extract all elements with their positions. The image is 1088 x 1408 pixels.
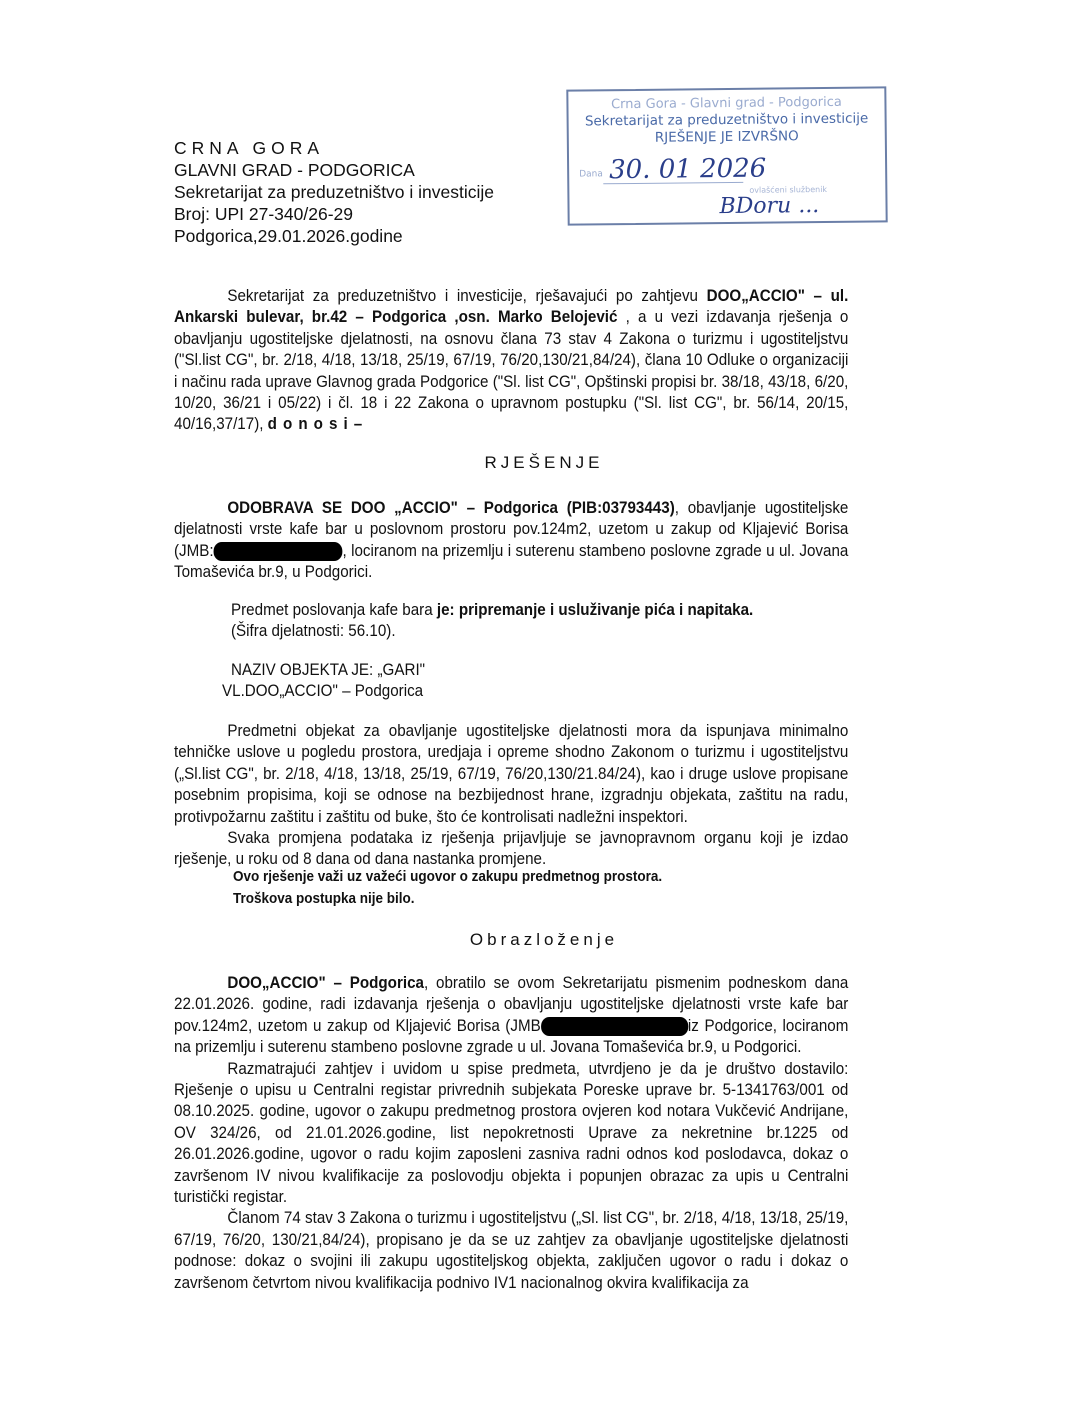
costs-block: Troškova postupka nije bilo. [233,888,863,909]
changes-text: Svaka promjena podataka iz rješenja prij… [174,828,848,871]
stamp-dana-label: Dana [579,169,603,179]
business-subject: Predmet poslovanja kafe bara je: priprem… [231,600,875,643]
approval: ODOBRAVA SE DOO „ACCIO" – Podgorica (PIB… [227,499,674,517]
reasoning-evidence: Razmatrajući zahtjev i uvidom u spise pr… [174,1059,848,1209]
redacted-jmb [214,542,343,561]
validity-block: Ovo rješenje važi uz važeći ugovor o zak… [233,866,863,887]
reasoning-legal: Članom 74 stav 3 Zakona o turizmu i ugos… [174,1208,848,1294]
owner-block: VL.DOO„ACCIO" – Podgorica [222,681,866,702]
applicant-ref: DOO„ACCIO" – Podgorica [227,974,424,992]
activity-code: (Šifra djelatnosti: 56.10). [231,621,875,642]
place-date: Podgorica,29.01.2026.godine [174,225,494,247]
signature: BDoru ... [719,193,819,219]
validity-text: Ovo rješenje važi uz važeći ugovor o zak… [233,866,863,887]
document-page: CRNA GORA GLAVNI GRAD - PODGORICA Sekret… [0,0,1088,1408]
intro-text: Sekretarijat za preduzetništvo i investi… [227,287,706,305]
redacted-jmb-2 [541,1017,688,1036]
country-name: CRNA GORA [174,137,494,159]
reasoning-title: Obrazloženje [0,930,1088,950]
stamp-line-3: RJEŠENJE JE IZVRŠNO [569,127,885,146]
reasoning-paragraphs: DOO„ACCIO" – Podgorica, obratilo se ovom… [174,973,848,1294]
costs-text: Troškova postupka nije bilo. [233,888,863,909]
conditions-text: Predmetni objekat za obavljanje ugostite… [174,721,848,828]
object-owner: VL.DOO„ACCIO" – Podgorica [222,681,866,702]
conditions-paragraph: Predmetni objekat za obavljanje ugostite… [174,721,848,871]
executive-stamp: Crna Gora - Glavni grad - Podgorica Sekr… [566,86,887,225]
stamp-handwritten-date: 30. 01 2026 [609,154,766,186]
letterhead: CRNA GORA GLAVNI GRAD - PODGORICA Sekret… [174,137,494,247]
donosi: d o n o s i – [268,415,363,433]
decision-paragraph: ODOBRAVA SE DOO „ACCIO" – Podgorica (PIB… [174,498,848,584]
stamp-line-2: Sekretarijat za preduzetništvo i investi… [569,110,885,129]
object-name: NAZIV OBJEKTA JE: „GARI" [231,660,875,681]
intro-paragraph: Sekretarijat za preduzetništvo i investi… [174,286,848,436]
subject-label: Predmet poslovanja kafe bara [231,601,433,619]
case-number: Broj: UPI 27-340/26-29 [174,203,494,225]
object-name-block: NAZIV OBJEKTA JE: „GARI" [231,660,875,681]
office-name: Sekretarijat za preduzetništvo i investi… [174,181,494,203]
city-name: GLAVNI GRAD - PODGORICA [174,159,494,181]
subject-text: je: pripremanje i usluživanje pića i nap… [433,601,754,619]
decision-title: RJEŠENJE [0,453,1088,473]
